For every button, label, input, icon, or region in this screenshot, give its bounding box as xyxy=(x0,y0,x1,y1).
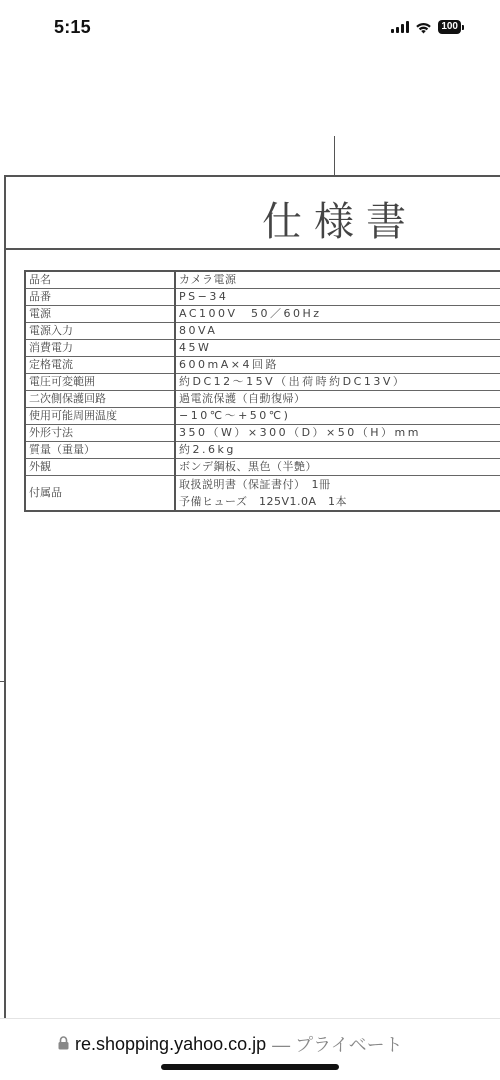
accessory-line: 予備ヒューズ 125V1.0A 1本 xyxy=(179,493,500,510)
spec-label: 電圧可変範囲 xyxy=(25,374,175,391)
accessory-line: 取扱説明書（保証書付） 1冊 xyxy=(179,476,500,493)
status-icons: 100 xyxy=(391,20,464,34)
table-row: 電源入力 80VA xyxy=(25,323,500,340)
home-indicator[interactable] xyxy=(161,1064,339,1070)
table-row: 二次側保護回路 過電流保護（自動復帰） xyxy=(25,391,500,408)
table-row: 品名 カメラ電源 xyxy=(25,271,500,289)
battery-level: 100 xyxy=(438,20,461,34)
spec-value: ボンデ鋼板、黒色（半艶） xyxy=(175,459,500,476)
spec-label: 品番 xyxy=(25,289,175,306)
table-row: 定格電流 600mA×4回路 xyxy=(25,357,500,374)
frame-vertical-tick xyxy=(334,136,335,176)
spec-value: 約DC12〜15V（出荷時約DC13V） xyxy=(175,374,500,391)
frame-left-line xyxy=(4,175,6,1018)
spec-label: 電源 xyxy=(25,306,175,323)
url-display[interactable]: re.shopping.yahoo.co.jp — プライベート xyxy=(58,1031,403,1057)
status-time: 5:15 xyxy=(54,17,91,38)
spec-value: 350（W）×300（D）×50（H）mm xyxy=(175,425,500,442)
spec-value: 過電流保護（自動復帰） xyxy=(175,391,500,408)
spec-value: 45W xyxy=(175,340,500,357)
spec-sheet-document xyxy=(0,60,500,1018)
spec-label: 二次側保護回路 xyxy=(25,391,175,408)
spec-label: 外形寸法 xyxy=(25,425,175,442)
browser-url-bar[interactable]: re.shopping.yahoo.co.jp — プライベート xyxy=(0,1018,500,1080)
status-bar: 5:15 100 xyxy=(0,0,500,60)
table-row: 使用可能周囲温度 −10℃〜+50℃) xyxy=(25,408,500,425)
wifi-icon xyxy=(415,21,432,34)
private-mode-label: — プライベート xyxy=(272,1031,402,1057)
table-row: 電圧可変範囲 約DC12〜15V（出荷時約DC13V） xyxy=(25,374,500,391)
signal-icon xyxy=(391,21,409,33)
spec-value: −10℃〜+50℃) xyxy=(175,408,500,425)
table-row: 質量（重量） 約2.6kg xyxy=(25,442,500,459)
frame-top-line xyxy=(4,175,500,177)
spec-value: カメラ電源 xyxy=(175,271,500,289)
spec-value: 約2.6kg xyxy=(175,442,500,459)
spec-label: 定格電流 xyxy=(25,357,175,374)
document-title: 仕様書 xyxy=(262,190,418,247)
spec-label: 質量（重量） xyxy=(25,442,175,459)
spec-value: 600mA×4回路 xyxy=(175,357,500,374)
spec-value: AC100V 50／60Hz xyxy=(175,306,500,323)
table-row: 品番 PS−34 xyxy=(25,289,500,306)
table-row: 外観 ボンデ鋼板、黒色（半艶） xyxy=(25,459,500,476)
table-row: 外形寸法 350（W）×300（D）×50（H）mm xyxy=(25,425,500,442)
table-row: 消費電力 45W xyxy=(25,340,500,357)
table-row: 電源 AC100V 50／60Hz xyxy=(25,306,500,323)
spec-table: 品名 カメラ電源 品番 PS−34 電源 AC100V 50／60Hz 電源入力… xyxy=(24,270,500,512)
table-row-accessories: 付属品 取扱説明書（保証書付） 1冊 予備ヒューズ 125V1.0A 1本 xyxy=(25,476,500,512)
battery-icon: 100 xyxy=(438,20,464,34)
spec-label: 使用可能周囲温度 xyxy=(25,408,175,425)
spec-label: 品名 xyxy=(25,271,175,289)
spec-label: 外観 xyxy=(25,459,175,476)
lock-icon xyxy=(58,1034,69,1055)
spec-value-accessories: 取扱説明書（保証書付） 1冊 予備ヒューズ 125V1.0A 1本 xyxy=(175,476,500,512)
spec-value: 80VA xyxy=(175,323,500,340)
spec-label: 付属品 xyxy=(25,476,175,512)
frame-left-tick xyxy=(0,681,6,682)
spec-label: 消費電力 xyxy=(25,340,175,357)
spec-value: PS−34 xyxy=(175,289,500,306)
title-underline xyxy=(4,248,500,250)
url-domain: re.shopping.yahoo.co.jp xyxy=(75,1034,266,1055)
spec-label: 電源入力 xyxy=(25,323,175,340)
